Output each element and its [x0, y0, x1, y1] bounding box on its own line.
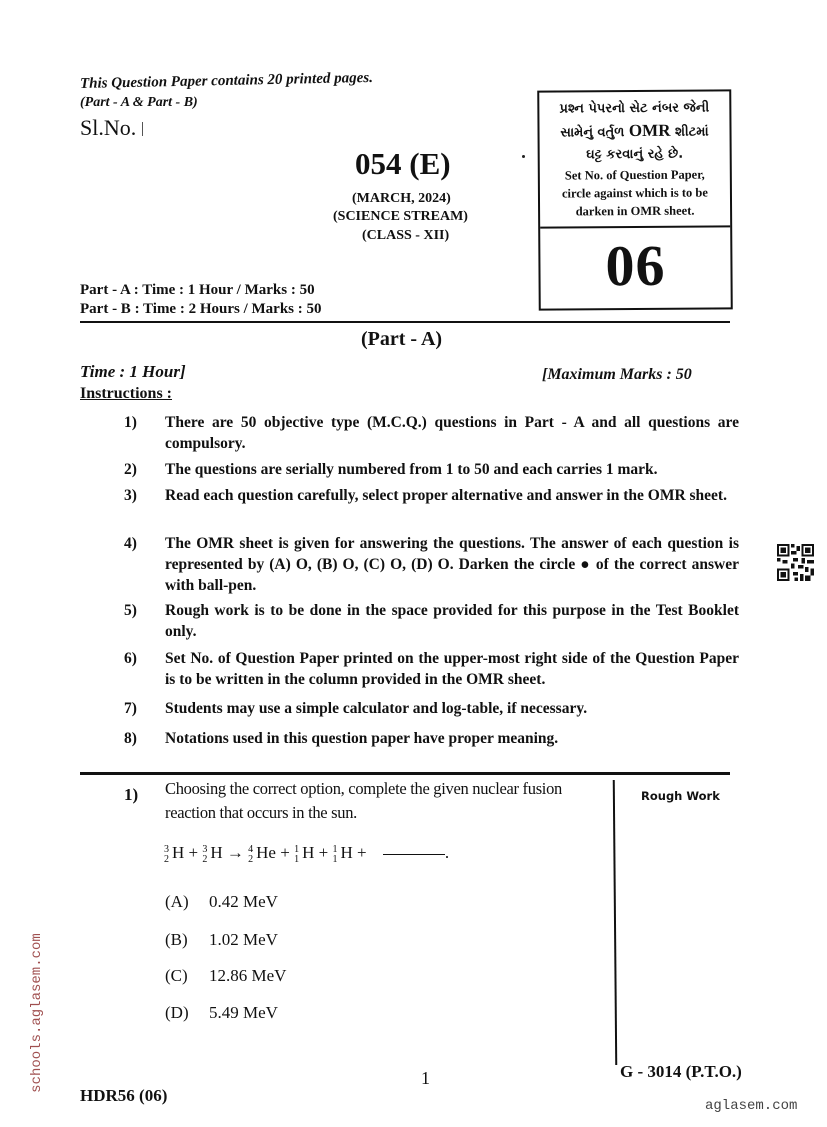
equation-operator: → [223, 843, 249, 862]
set-box-english: Set No. of Question Paper, circle agains… [540, 165, 730, 220]
instruction-item: 1)There are 50 objective type (M.C.Q.) q… [124, 412, 739, 454]
option-label: (A) [165, 892, 209, 912]
option-d[interactable]: (D)5.49 MeV [165, 1003, 278, 1023]
instruction-item: 6)Set No. of Question Paper printed on t… [124, 648, 739, 690]
instruction-text: Set No. of Question Paper printed on the… [165, 648, 739, 690]
option-value: 5.49 MeV [209, 1003, 278, 1022]
option-a[interactable]: (A)0.42 MeV [165, 892, 278, 912]
instruction-text: Notations used in this question paper ha… [165, 728, 739, 749]
instruction-text: Rough work is to be done in the space pr… [165, 600, 739, 642]
parts-note: (Part - A & Part - B) [80, 95, 198, 111]
equation-end: . [445, 843, 449, 862]
watermark-side: schools.aglasem.com [29, 918, 45, 1108]
part-b-timing: Part - B : Time : 2 Hours / Marks : 50 [80, 301, 322, 318]
nuclide: 32H [164, 843, 184, 863]
gujarati-line-2: સામેનું વર્તુળ OMR શીટમાં [539, 119, 729, 144]
instruction-text: The questions are serially numbered from… [165, 459, 739, 480]
instruction-number: 8) [124, 728, 158, 749]
exam-class: (CLASS - XII) [362, 228, 449, 244]
booklet-code: HDR56 (06) [80, 1086, 167, 1106]
instruction-number: 2) [124, 459, 158, 480]
set-number-box: પ્રશ્ન પેપરનો સેટ નંબર જેની સામેનું વર્ત… [537, 89, 733, 310]
pages-note: This Question Paper contains 20 printed … [80, 70, 373, 93]
paper-code: 054 (E) [355, 146, 451, 182]
section-title: (Part - A) [361, 328, 442, 351]
instruction-number: 4) [124, 533, 158, 554]
gujarati-line-2-omr: OMR [629, 121, 671, 140]
instruction-item: 4)The OMR sheet is given for answering t… [124, 533, 739, 596]
watermark-bottom: aglasem.com [705, 1098, 797, 1114]
english-line-2: circle against which is to be [540, 183, 730, 202]
instruction-number: 7) [124, 698, 158, 719]
header-rule [80, 321, 730, 323]
instruction-number: 1) [124, 412, 158, 433]
gujarati-line-1: પ્રશ્ન પેપરનો સેટ નંબર જેની [539, 97, 729, 120]
instruction-item: 3)Read each question carefully, select p… [124, 485, 739, 506]
option-value: 1.02 MeV [209, 930, 278, 949]
nuclide: 11H [332, 843, 352, 863]
instructions-heading: Instructions : [80, 385, 172, 403]
equation-operator: + [314, 843, 332, 862]
equation-operator: + [184, 843, 202, 862]
instruction-item: 2)The questions are serially numbered fr… [124, 459, 739, 480]
set-number: 06 [540, 227, 731, 304]
part-a-timing: Part - A : Time : 1 Hour / Marks : 50 [80, 282, 315, 299]
instruction-text: The OMR sheet is given for answering the… [165, 533, 739, 596]
rough-work-label: Rough Work [641, 789, 720, 803]
answer-blank [383, 854, 445, 855]
set-box-gujarati: પ્રશ્ન પેપરનો સેટ નંબર જેની સામેનું વર્ત… [539, 91, 730, 166]
section-time: Time : 1 Hour] [80, 362, 186, 382]
nuclide: 42He [248, 843, 276, 863]
section-divider [80, 772, 730, 775]
section-max-marks: [Maximum Marks : 50 [542, 366, 692, 384]
rough-work-divider [613, 780, 617, 1065]
exam-session: (MARCH, 2024) [352, 191, 451, 207]
instruction-text: Read each question carefully, select pro… [165, 485, 739, 506]
question-number: 1) [124, 785, 138, 805]
option-value: 0.42 MeV [209, 892, 278, 911]
option-label: (C) [165, 966, 209, 986]
fusion-equation: 32H + 32H → 42He + 11H + 11H + . [164, 843, 449, 863]
page-number: 1 [421, 1068, 430, 1089]
english-line-3: darken in OMR sheet. [540, 201, 730, 220]
instruction-number: 5) [124, 600, 158, 621]
gujarati-line-2-post: શીટમાં [670, 124, 708, 139]
instruction-item: 7)Students may use a simple calculator a… [124, 698, 739, 719]
exam-stream: (SCIENCE STREAM) [333, 209, 468, 225]
print-dot [522, 155, 525, 158]
gujarati-line-3: ઘટ્ટ કરવાનું રહે છે. [540, 143, 730, 166]
serial-number: Sl.No. [80, 115, 143, 141]
instruction-text: Students may use a simple calculator and… [165, 698, 739, 719]
english-line-1: Set No. of Question Paper, [540, 165, 730, 184]
option-label: (B) [165, 930, 209, 950]
nuclide: 32H [202, 843, 222, 863]
question-text: Choosing the correct option, complete th… [165, 777, 610, 825]
instruction-number: 6) [124, 648, 158, 669]
instruction-item: 5)Rough work is to be done in the space … [124, 600, 739, 642]
qr-code-icon [777, 544, 814, 581]
instruction-text: There are 50 objective type (M.C.Q.) que… [165, 412, 739, 454]
option-c[interactable]: (C)12.86 MeV [165, 966, 286, 986]
nuclide: 11H [294, 843, 314, 863]
instruction-item: 8)Notations used in this question paper … [124, 728, 739, 749]
equation-operator: + [353, 843, 371, 862]
instruction-number: 3) [124, 485, 158, 506]
footer-paper-code: G - 3014 (P.T.O.) [620, 1062, 742, 1082]
equation-operator: + [276, 843, 294, 862]
serial-number-label: Sl.No. [80, 115, 136, 140]
gujarati-line-2-pre: સામેનું વર્તુળ [560, 125, 629, 140]
option-b[interactable]: (B)1.02 MeV [165, 930, 278, 950]
serial-number-field [142, 122, 143, 136]
option-value: 12.86 MeV [209, 966, 286, 985]
option-label: (D) [165, 1003, 209, 1023]
